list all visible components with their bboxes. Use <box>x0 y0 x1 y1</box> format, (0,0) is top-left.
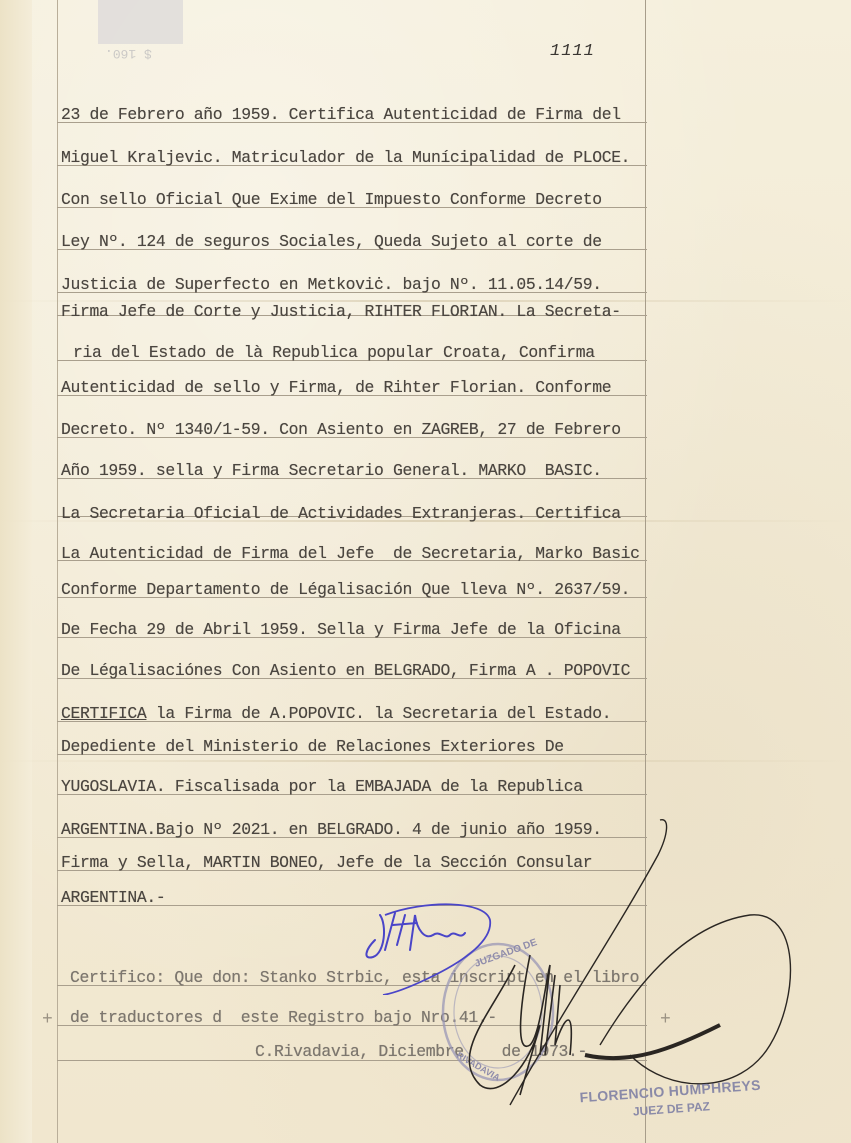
body-line: Justicia de Superfecto en Metkoviċ. bajo… <box>61 275 602 294</box>
body-line: ria del Estado de là Republica popular C… <box>73 343 595 362</box>
body-line: De Légalisaciónes Con Asiento en BELGRAD… <box>61 661 630 680</box>
registration-mark-icon: + <box>42 1010 53 1030</box>
body-line: Autenticidad de sello y Firma, de Rihter… <box>61 378 611 397</box>
body-line: De Fecha 29 de Abril 1959. Sella y Firma… <box>61 620 621 639</box>
body-line: Con sello Oficial Que Exime del Impuesto… <box>61 190 602 209</box>
body-line: Conforme Departamento de Légalisación Qu… <box>61 580 630 599</box>
faded-revenue-stamp <box>98 0 183 44</box>
body-line: Año 1959. sella y Firma Secretario Gener… <box>61 461 602 480</box>
left-margin-line <box>57 0 58 1143</box>
body-line: Ley Nº. 124 de seguros Sociales, Queda S… <box>61 232 602 251</box>
body-line: La Autenticidad de Firma del Jefe de Sec… <box>61 544 640 563</box>
paper-fold <box>0 760 851 762</box>
underlined-word: CERTIFICA <box>61 704 146 723</box>
black-signature-icon <box>420 815 800 1115</box>
body-line-certifica: CERTIFICA la Firma de A.POPOVIC. la Secr… <box>61 704 611 723</box>
faded-stamp-number: $ 160. <box>105 46 152 61</box>
body-line: 23 de Febrero año 1959. Certifica Autent… <box>61 105 621 124</box>
page-mark: 1111 <box>550 42 595 61</box>
body-line: Firma Jefe de Corte y Justicia, RIHTER F… <box>61 302 621 321</box>
body-line: ARGENTINA.- <box>61 888 165 907</box>
body-line: Miguel Kraljevic. Matriculador de la Mun… <box>61 148 630 167</box>
paper-edge <box>0 0 32 1143</box>
document-page: $ 160. 1111 23 de Febrero año 1959. Cert… <box>0 0 851 1143</box>
body-line: Depediente del Ministerio de Relaciones … <box>61 737 564 756</box>
body-line: La Secretaria Oficial de Actividades Ext… <box>61 504 621 523</box>
body-line: YUGOSLAVIA. Fiscalisada por la EMBAJADA … <box>61 777 583 796</box>
body-line: Decreto. Nº 1340/1-59. Con Asiento en ZA… <box>61 420 621 439</box>
